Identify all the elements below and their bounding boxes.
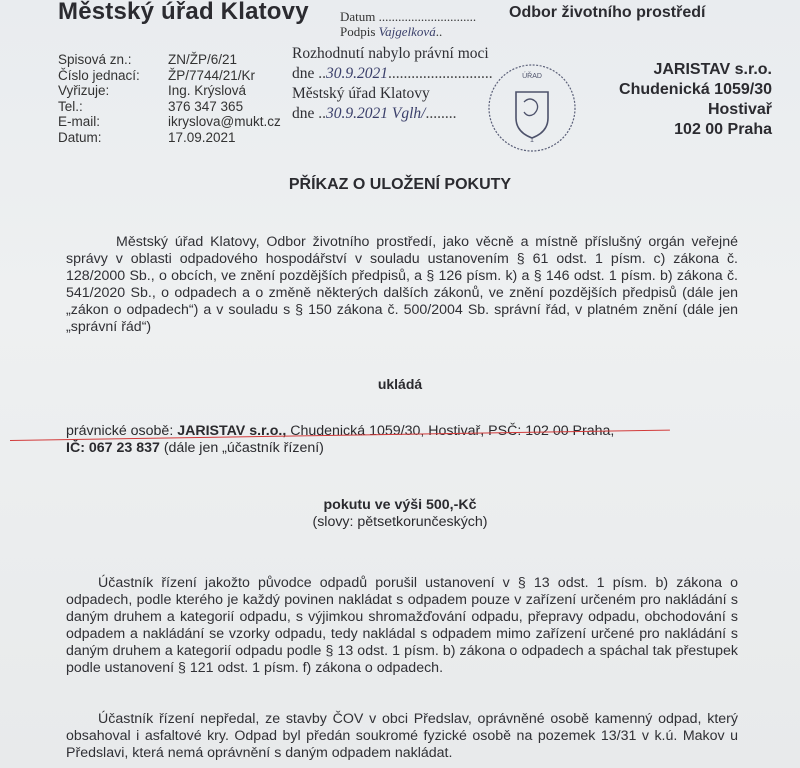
- podpis-label: Podpis: [340, 24, 375, 39]
- fine-block: pokutu ve výši 500,-Kč (slovy: pětsetkor…: [0, 497, 800, 531]
- recipient-street: Chudenická 1059/30: [619, 80, 772, 100]
- department-name: Odbor životního prostředí: [509, 4, 705, 22]
- fine-words: (slovy: pětsetkorunčeských): [0, 514, 800, 531]
- recipient-district: Hostivař: [619, 100, 772, 120]
- facts-paragraph: Účastník řízení nepředal, ze stavby ČOV …: [66, 711, 738, 762]
- official-seal-icon: 1 ÚŘAD: [486, 62, 578, 154]
- scanned-document: Městský úřad Klatovy Odbor životního pro…: [0, 0, 800, 768]
- legal-force-stamp: Rozhodnutí nabylo právní moci dne ..30.9…: [292, 44, 493, 124]
- organization-title: Městský úřad Klatovy: [58, 0, 309, 26]
- meta-row: Vyřizuje:Ing. Krýslová: [58, 83, 281, 99]
- meta-row: Tel.:376 347 365: [58, 99, 281, 115]
- file-metadata: Spisová zn.:ZN/ŽP/6/21 Číslo jednací:ŽP/…: [58, 52, 281, 145]
- meta-row: Číslo jednací:ŽP/7744/21/Kr: [58, 68, 281, 84]
- svg-text:ÚŘAD: ÚŘAD: [522, 71, 542, 80]
- meta-row: Spisová zn.:ZN/ŽP/6/21: [58, 52, 281, 68]
- recipient-name: JARISTAV s.r.o.: [619, 60, 772, 80]
- office-date: 30.9.2021: [326, 105, 388, 122]
- recipient-address: JARISTAV s.r.o. Chudenická 1059/30 Hosti…: [619, 60, 772, 140]
- svg-text:1: 1: [530, 137, 534, 144]
- intro-paragraph: Městský úřad Klatovy, Odbor životního pr…: [66, 234, 738, 336]
- document-title: PŘÍKAZ O ULOŽENÍ POKUTY: [0, 176, 800, 194]
- imposes-heading: ukládá: [0, 376, 800, 392]
- datum-label: Datum: [340, 9, 375, 24]
- violation-paragraph: Účastník řízení jakožto původce odpadů p…: [66, 575, 738, 677]
- meta-row: E-mail:ikryslova@mukt.cz: [58, 114, 281, 130]
- legal-force-date: 30.9.2021: [326, 65, 388, 82]
- party-ic: IČ: 067 23 837: [66, 440, 160, 456]
- fine-amount: pokutu ve výši 500,-Kč: [0, 497, 800, 514]
- recipient-city: 102 00 Praha: [619, 120, 772, 140]
- delivery-stamp: Datum .............................. Pod…: [340, 0, 476, 39]
- podpis-signature: Vajgelková: [379, 24, 436, 39]
- meta-row: Datum:17.09.2021: [58, 130, 281, 146]
- party-identification: právnické osobě: JARISTAV s.r.o., Chuden…: [66, 423, 766, 457]
